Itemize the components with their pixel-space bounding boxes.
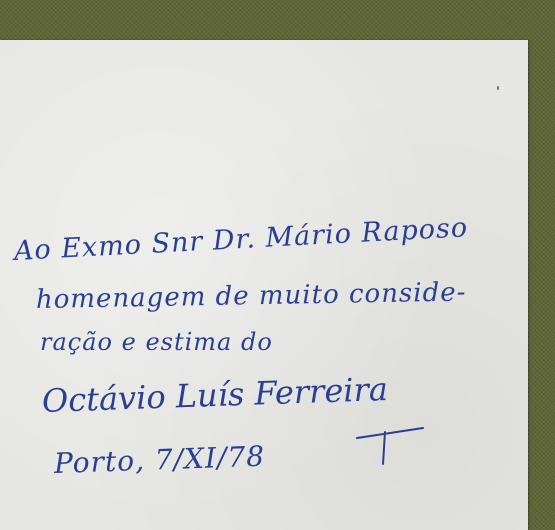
paper-speck	[497, 86, 499, 90]
signature-flourish-icon	[355, 422, 425, 466]
dedication-line-3: ração e estima do	[40, 328, 273, 356]
